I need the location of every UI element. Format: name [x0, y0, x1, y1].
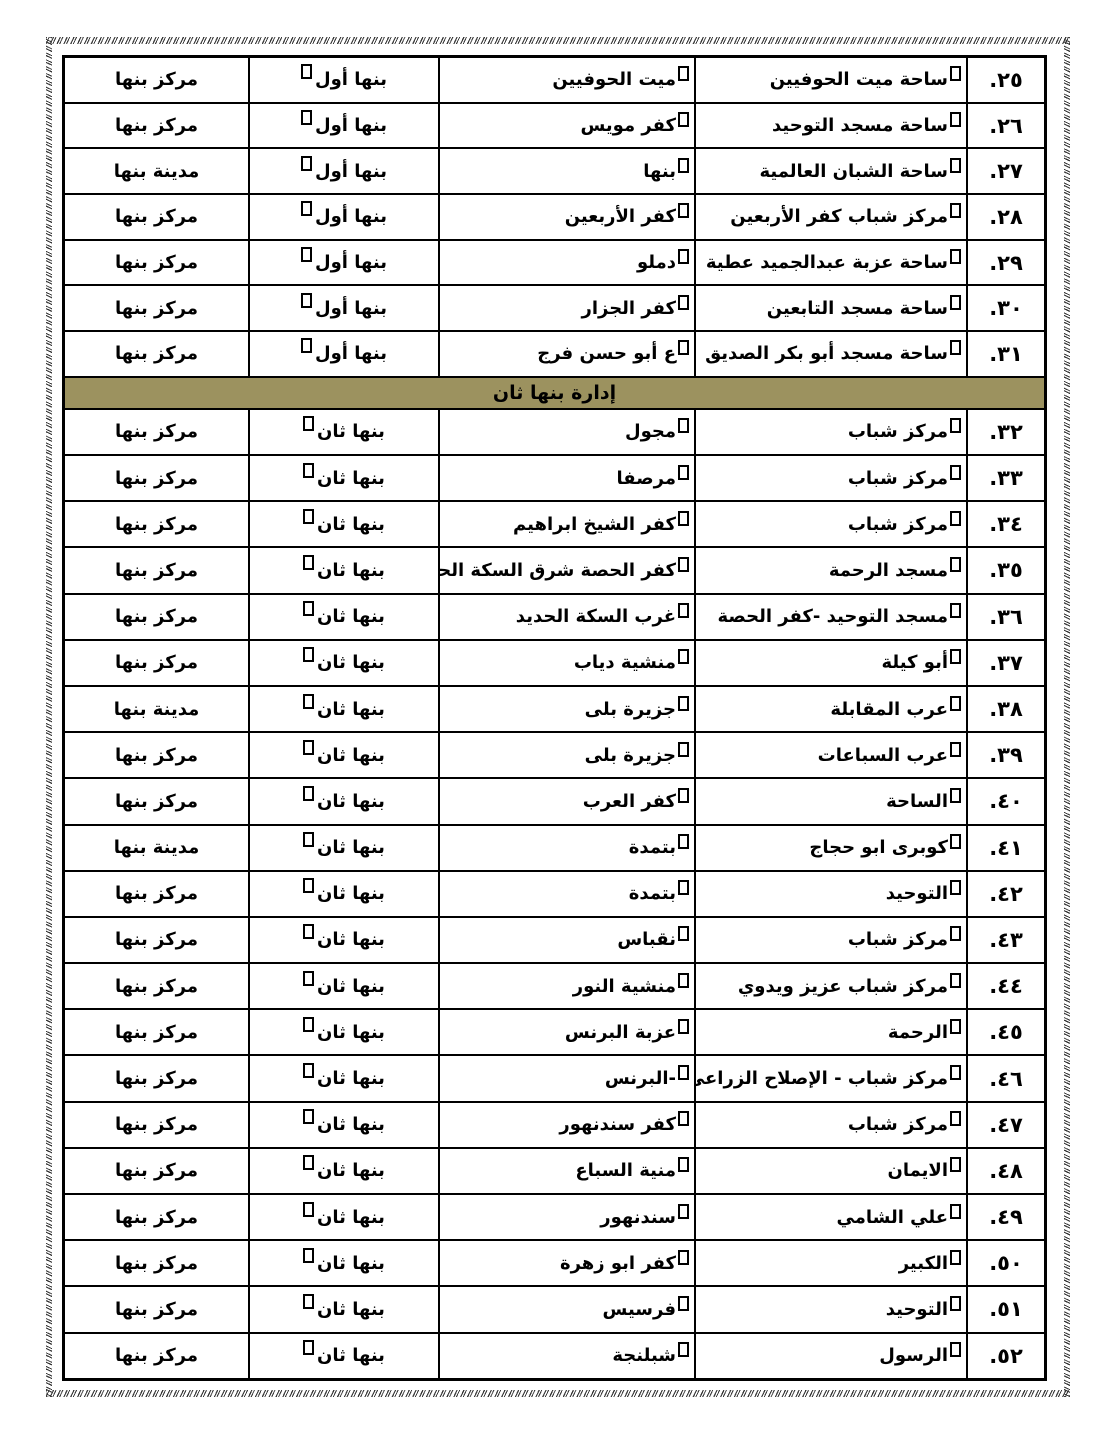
missing-glyph-box-icon — [678, 1019, 689, 1034]
row-number-cell: ٤٦. — [967, 1055, 1045, 1101]
place-name-cell: الساحة — [695, 778, 967, 824]
row-number-cell: ٤٨. — [967, 1148, 1045, 1194]
admin-cell: بنها ثان — [249, 409, 439, 455]
missing-glyph-box-icon — [950, 926, 961, 941]
admin-cell: بنها ثان — [249, 871, 439, 917]
center-cell: مركز بنها — [64, 57, 249, 103]
missing-glyph-box-icon — [678, 465, 689, 480]
center-cell: مركز بنها — [64, 1333, 249, 1379]
admin-cell: بنها ثان — [249, 1148, 439, 1194]
village-cell: عزبة البرنس — [439, 1009, 695, 1055]
missing-glyph-box-icon — [950, 465, 961, 480]
missing-glyph-box-icon — [303, 1063, 314, 1078]
missing-glyph-box-icon — [301, 110, 312, 125]
missing-glyph-box-icon — [678, 340, 689, 355]
row-number-cell: ٢٥. — [967, 57, 1045, 103]
center-cell: مركز بنها — [64, 963, 249, 1009]
admin-cell: بنها ثان — [249, 963, 439, 1009]
missing-glyph-box-icon — [303, 832, 314, 847]
missing-glyph-box-icon — [678, 649, 689, 664]
missing-glyph-box-icon — [950, 1250, 961, 1265]
center-cell: مركز بنها — [64, 594, 249, 640]
admin-cell: بنها ثان — [249, 1009, 439, 1055]
admin-cell: بنها ثان — [249, 917, 439, 963]
village-cell: منية السباع — [439, 1148, 695, 1194]
row-number-cell: ٤٩. — [967, 1194, 1045, 1240]
center-cell: مركز بنها — [64, 1148, 249, 1194]
place-name-cell: مركز شباب — [695, 917, 967, 963]
admin-cell: بنها ثان — [249, 778, 439, 824]
place-name-cell: الايمان — [695, 1148, 967, 1194]
missing-glyph-box-icon — [678, 1204, 689, 1219]
center-cell: مركز بنها — [64, 1102, 249, 1148]
village-cell: كفر سندنهور — [439, 1102, 695, 1148]
missing-glyph-box-icon — [678, 788, 689, 803]
missing-glyph-box-icon — [950, 880, 961, 895]
missing-glyph-box-icon — [950, 603, 961, 618]
missing-glyph-box-icon — [678, 1342, 689, 1357]
row-number-cell: ٥٠. — [967, 1240, 1045, 1286]
admin-cell: بنها أول — [249, 148, 439, 194]
missing-glyph-box-icon — [303, 647, 314, 662]
center-cell: مركز بنها — [64, 1009, 249, 1055]
missing-glyph-box-icon — [678, 880, 689, 895]
missing-glyph-box-icon — [950, 158, 961, 173]
admin-cell: بنها ثان — [249, 1333, 439, 1379]
row-number-cell: ٤٤. — [967, 963, 1045, 1009]
village-cell: مجول — [439, 409, 695, 455]
missing-glyph-box-icon — [678, 295, 689, 310]
center-cell: مركز بنها — [64, 331, 249, 377]
missing-glyph-box-icon — [678, 696, 689, 711]
missing-glyph-box-icon — [303, 416, 314, 431]
missing-glyph-box-icon — [678, 1111, 689, 1126]
place-name-cell: ساحة مسجد أبو بكر الصديق — [695, 331, 967, 377]
row-number-cell: ٣٠. — [967, 285, 1045, 331]
missing-glyph-box-icon — [303, 740, 314, 755]
missing-glyph-box-icon — [678, 203, 689, 218]
village-cell: فرسيس — [439, 1286, 695, 1332]
admin-cell: بنها أول — [249, 331, 439, 377]
village-cell: نقباس — [439, 917, 695, 963]
missing-glyph-box-icon — [950, 295, 961, 310]
missing-glyph-box-icon — [301, 64, 312, 79]
center-cell: مركز بنها — [64, 1194, 249, 1240]
row-number-cell: ٤١. — [967, 825, 1045, 871]
admin-cell: بنها ثان — [249, 1055, 439, 1101]
center-cell: مركز بنها — [64, 547, 249, 593]
missing-glyph-box-icon — [950, 834, 961, 849]
page-border-bottom — [46, 1390, 1070, 1397]
admin-cell: بنها ثان — [249, 686, 439, 732]
village-cell: مرصفا — [439, 455, 695, 501]
place-name-cell: مسجد الرحمة — [695, 547, 967, 593]
missing-glyph-box-icon — [950, 973, 961, 988]
admin-cell: بنها ثان — [249, 825, 439, 871]
center-cell: مركز بنها — [64, 1055, 249, 1101]
place-name-cell: الكبير — [695, 1240, 967, 1286]
row-number-cell: ٣٤. — [967, 501, 1045, 547]
place-name-cell: عرب المقابلة — [695, 686, 967, 732]
center-cell: مركز بنها — [64, 778, 249, 824]
missing-glyph-box-icon — [950, 649, 961, 664]
village-cell: جزيرة بلى — [439, 732, 695, 778]
place-name-cell: ساحة الشبان العالمية — [695, 148, 967, 194]
missing-glyph-box-icon — [950, 112, 961, 127]
missing-glyph-box-icon — [303, 694, 314, 709]
missing-glyph-box-icon — [678, 249, 689, 264]
place-name-cell: الرسول — [695, 1333, 967, 1379]
missing-glyph-box-icon — [303, 1109, 314, 1124]
row-number-cell: ٣٥. — [967, 547, 1045, 593]
page-border-top — [46, 37, 1070, 44]
admin-cell: بنها أول — [249, 57, 439, 103]
village-cell: شبلنجة — [439, 1333, 695, 1379]
missing-glyph-box-icon — [950, 418, 961, 433]
missing-glyph-box-icon — [301, 156, 312, 171]
missing-glyph-box-icon — [678, 973, 689, 988]
village-cell: كفر الأربعين — [439, 194, 695, 240]
village-cell: كفر الحصة شرق السكة الحديد — [439, 547, 695, 593]
row-number-cell: ٣١. — [967, 331, 1045, 377]
row-number-cell: ٣٩. — [967, 732, 1045, 778]
center-cell: مدينة بنها — [64, 825, 249, 871]
row-number-cell: ٣٣. — [967, 455, 1045, 501]
missing-glyph-box-icon — [303, 463, 314, 478]
place-name-cell: مركز شباب عزيز ويدوي — [695, 963, 967, 1009]
place-name-cell: التوحيد — [695, 1286, 967, 1332]
admin-cell: بنها ثان — [249, 455, 439, 501]
row-number-cell: ٤٢. — [967, 871, 1045, 917]
place-name-cell: الرحمة — [695, 1009, 967, 1055]
missing-glyph-box-icon — [678, 511, 689, 526]
village-cell: -البرنس — [439, 1055, 695, 1101]
missing-glyph-box-icon — [678, 603, 689, 618]
center-cell: مركز بنها — [64, 455, 249, 501]
missing-glyph-box-icon — [303, 786, 314, 801]
missing-glyph-box-icon — [678, 926, 689, 941]
center-cell: مركز بنها — [64, 917, 249, 963]
center-cell: مدينة بنها — [64, 686, 249, 732]
place-name-cell: مركز شباب — [695, 455, 967, 501]
center-cell: مركز بنها — [64, 501, 249, 547]
center-cell: مدينة بنها — [64, 148, 249, 194]
village-cell: بتمدة — [439, 871, 695, 917]
village-cell: غرب السكة الحديد — [439, 594, 695, 640]
row-number-cell: ٤٧. — [967, 1102, 1045, 1148]
missing-glyph-box-icon — [950, 249, 961, 264]
row-number-cell: ٢٦. — [967, 103, 1045, 149]
missing-glyph-box-icon — [303, 1248, 314, 1263]
row-number-cell: ٣٨. — [967, 686, 1045, 732]
missing-glyph-box-icon — [678, 1157, 689, 1172]
missing-glyph-box-icon — [950, 1019, 961, 1034]
place-name-cell: مسجد التوحيد -كفر الحصة — [695, 594, 967, 640]
admin-cell: بنها ثان — [249, 1102, 439, 1148]
missing-glyph-box-icon — [678, 1065, 689, 1080]
missing-glyph-box-icon — [678, 557, 689, 572]
admin-cell: بنها ثان — [249, 1286, 439, 1332]
missing-glyph-box-icon — [303, 1155, 314, 1170]
village-cell: كفر العرب — [439, 778, 695, 824]
missing-glyph-box-icon — [303, 971, 314, 986]
missing-glyph-box-icon — [950, 1204, 961, 1219]
missing-glyph-box-icon — [678, 834, 689, 849]
row-number-cell: ٢٨. — [967, 194, 1045, 240]
missing-glyph-box-icon — [950, 1157, 961, 1172]
village-cell: بنها — [439, 148, 695, 194]
village-cell: كفر الشيخ ابراهيم — [439, 501, 695, 547]
place-name-cell: مركز شباب كفر الأربعين — [695, 194, 967, 240]
village-cell: ع أبو حسن فرج — [439, 331, 695, 377]
place-name-cell: كوبرى ابو حجاج — [695, 825, 967, 871]
missing-glyph-box-icon — [303, 509, 314, 524]
missing-glyph-box-icon — [678, 66, 689, 81]
missing-glyph-box-icon — [303, 1340, 314, 1355]
missing-glyph-box-icon — [303, 1202, 314, 1217]
place-name-cell: علي الشامي — [695, 1194, 967, 1240]
row-number-cell: ٣٦. — [967, 594, 1045, 640]
missing-glyph-box-icon — [678, 742, 689, 757]
missing-glyph-box-icon — [678, 158, 689, 173]
missing-glyph-box-icon — [950, 511, 961, 526]
row-number-cell: ٣٧. — [967, 640, 1045, 686]
admin-cell: بنها أول — [249, 240, 439, 286]
missing-glyph-box-icon — [303, 1017, 314, 1032]
missing-glyph-box-icon — [950, 1065, 961, 1080]
missing-glyph-box-icon — [950, 1111, 961, 1126]
missing-glyph-box-icon — [301, 247, 312, 262]
missing-glyph-box-icon — [301, 201, 312, 216]
center-cell: مركز بنها — [64, 1286, 249, 1332]
center-cell: مركز بنها — [64, 240, 249, 286]
missing-glyph-box-icon — [678, 418, 689, 433]
row-number-cell: ٤٣. — [967, 917, 1045, 963]
row-number-cell: ٥٢. — [967, 1333, 1045, 1379]
row-number-cell: ٤٠. — [967, 778, 1045, 824]
village-cell: كفر مويس — [439, 103, 695, 149]
missing-glyph-box-icon — [301, 293, 312, 308]
place-name-cell: ساحة عزبة عبدالجميد عطية — [695, 240, 967, 286]
missing-glyph-box-icon — [950, 340, 961, 355]
place-name-cell: مركز شباب — [695, 501, 967, 547]
center-cell: مركز بنها — [64, 871, 249, 917]
missing-glyph-box-icon — [678, 1296, 689, 1311]
center-cell: مركز بنها — [64, 409, 249, 455]
section-header: إدارة بنها ثان — [64, 377, 1045, 409]
village-cell: سندنهور — [439, 1194, 695, 1240]
village-cell: منشية دياب — [439, 640, 695, 686]
missing-glyph-box-icon — [303, 555, 314, 570]
missing-glyph-box-icon — [950, 557, 961, 572]
place-name-cell: مركز شباب — [695, 1102, 967, 1148]
place-name-cell: عرب السباعات — [695, 732, 967, 778]
village-cell: كفر الجزار — [439, 285, 695, 331]
place-name-cell: التوحيد — [695, 871, 967, 917]
row-number-cell: ٢٩. — [967, 240, 1045, 286]
village-cell: دملو — [439, 240, 695, 286]
place-name-cell: مركز شباب - الإصلاح الزراعى — [695, 1055, 967, 1101]
village-cell: كفر ابو زهرة — [439, 1240, 695, 1286]
admin-cell: بنها أول — [249, 194, 439, 240]
missing-glyph-box-icon — [950, 1296, 961, 1311]
row-number-cell: ٢٧. — [967, 148, 1045, 194]
place-name-cell: أبو كيلة — [695, 640, 967, 686]
admin-cell: بنها ثان — [249, 732, 439, 778]
admin-cell: بنها ثان — [249, 1194, 439, 1240]
center-cell: مركز بنها — [64, 285, 249, 331]
records-table: ٢٥.ساحة ميت الحوفيينميت الحوفيينبنها أول… — [62, 55, 1047, 1381]
place-name-cell: ساحة مسجد التابعين — [695, 285, 967, 331]
page-border-left — [46, 37, 52, 1397]
page-border-right — [1064, 37, 1070, 1397]
place-name-cell: ساحة ميت الحوفيين — [695, 57, 967, 103]
center-cell: مركز بنها — [64, 732, 249, 778]
missing-glyph-box-icon — [950, 742, 961, 757]
missing-glyph-box-icon — [303, 924, 314, 939]
village-cell: منشية النور — [439, 963, 695, 1009]
missing-glyph-box-icon — [950, 788, 961, 803]
admin-cell: بنها ثان — [249, 547, 439, 593]
missing-glyph-box-icon — [678, 112, 689, 127]
missing-glyph-box-icon — [301, 338, 312, 353]
admin-cell: بنها أول — [249, 103, 439, 149]
place-name-cell: مركز شباب — [695, 409, 967, 455]
village-cell: ميت الحوفيين — [439, 57, 695, 103]
admin-cell: بنها ثان — [249, 501, 439, 547]
row-number-cell: ٥١. — [967, 1286, 1045, 1332]
row-number-cell: ٣٢. — [967, 409, 1045, 455]
center-cell: مركز بنها — [64, 194, 249, 240]
village-cell: جزيرة بلى — [439, 686, 695, 732]
admin-cell: بنها ثان — [249, 640, 439, 686]
center-cell: مركز بنها — [64, 1240, 249, 1286]
missing-glyph-box-icon — [950, 66, 961, 81]
missing-glyph-box-icon — [303, 878, 314, 893]
place-name-cell: ساحة مسجد التوحيد — [695, 103, 967, 149]
missing-glyph-box-icon — [303, 601, 314, 616]
admin-cell: بنها أول — [249, 285, 439, 331]
admin-cell: بنها ثان — [249, 594, 439, 640]
center-cell: مركز بنها — [64, 640, 249, 686]
row-number-cell: ٤٥. — [967, 1009, 1045, 1055]
missing-glyph-box-icon — [303, 1294, 314, 1309]
missing-glyph-box-icon — [678, 1250, 689, 1265]
admin-cell: بنها ثان — [249, 1240, 439, 1286]
village-cell: بتمدة — [439, 825, 695, 871]
missing-glyph-box-icon — [950, 203, 961, 218]
missing-glyph-box-icon — [950, 696, 961, 711]
center-cell: مركز بنها — [64, 103, 249, 149]
missing-glyph-box-icon — [950, 1342, 961, 1357]
